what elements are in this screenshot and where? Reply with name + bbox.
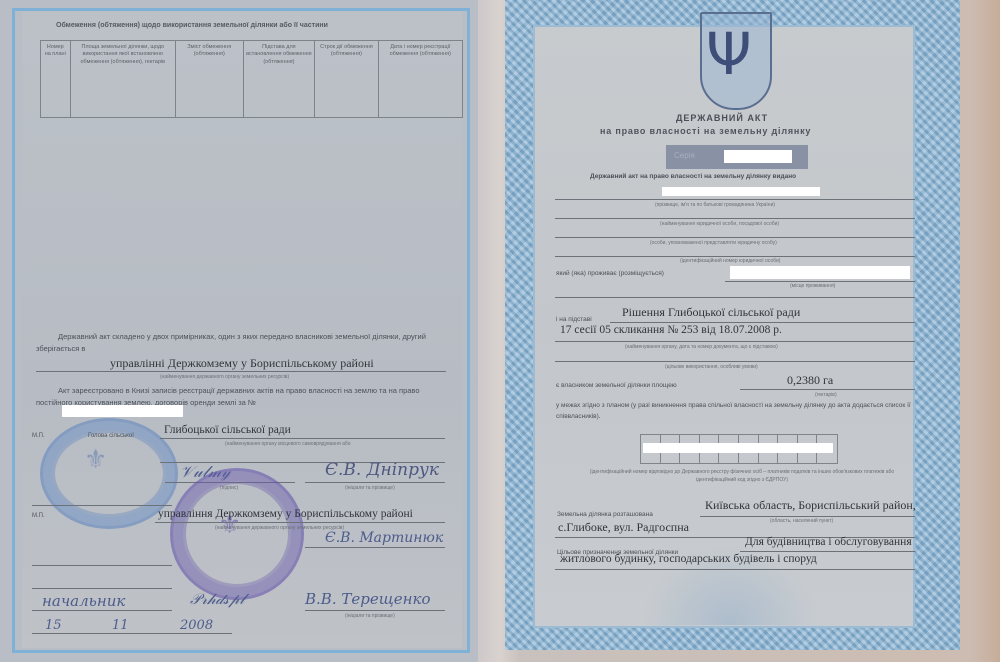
area-caption: (гектарів) [815,392,837,398]
date-line [32,633,232,634]
dept-name: управління Держкомзему у Бориспільському… [158,508,413,520]
owner-line-3 [555,237,915,238]
col-area: Площа земельної ділянки, щодо використан… [70,41,176,118]
registrar-line-1 [32,565,172,566]
registrar-caption: (ініціали та прізвище) [345,613,395,619]
redacted-owner-name [662,187,820,196]
document-subtitle: на право власності на земельну ділянку [600,126,811,136]
series-label: Серія [674,151,695,160]
copies-holder-line [36,371,446,372]
basis-line-2: 17 сесії 05 скликання № 253 від 18.07.20… [560,324,782,336]
copies-holder: управлінні Держкомзему у Бориспільському… [110,356,374,371]
dept-signer: Є.В. Мартинюк [325,530,443,546]
area-value: 0,2380 га [787,373,833,388]
redacted-registration-number [62,405,183,417]
council-caption: (найменування органу місцевого самовряду… [225,441,351,447]
document-title: ДЕРЖАВНИЙ АКТ [676,113,768,123]
location-label: Земельна ділянка розташована [557,511,653,518]
col-basis: Підстава для встановлення обмеження (обт… [243,41,315,118]
caption-owner: (прізвище, ім'я та по батькові громадяни… [655,202,775,208]
council-signer-caption: (ініціали та прізвище) [345,485,395,491]
council-signer: Є.В. Дніпрук [325,460,439,480]
residence-caption: (місце проживання) [790,283,835,289]
registrar-line-2 [32,588,172,589]
registrar-signature: 𝒫𝓇𝒽𝒹𝓈𝓅𝓁 [190,590,244,608]
purpose-underline-1 [740,551,915,552]
location-caption: (область, населений пункт) [770,518,833,524]
col-plan-number: Номер на плані [41,41,71,118]
registrar-position-line [32,610,172,611]
redacted-residence [730,266,910,279]
copies-text: Державний акт складено у двох примірника… [36,331,448,355]
residence-line-2 [555,297,915,298]
redacted-series-number [724,150,792,163]
registrar-name-line [305,610,445,611]
purpose-underline-2 [555,569,915,570]
date-month: 11 [112,618,129,633]
registrar-position: начальник [42,592,125,610]
registrar-name: В.В. Терещенко [305,590,430,608]
residence-line [725,281,915,282]
basis-caption: (найменування органу, дата та номер доку… [625,344,778,350]
basis-underline-2 [555,341,915,342]
council-signer-line [305,482,445,483]
caption-3: (особи, уповноваженої представляти юриди… [650,240,777,246]
trident-stamp-icon: ⚜ [84,445,107,475]
location-line-2: с.Глибоке, вул. Радгоспна [558,520,689,535]
residence-label: який (яка) проживає (розміщується) [556,270,664,277]
purpose-line-1: Для будівництва і обслуговування [745,536,912,548]
dept-line-top [32,505,172,506]
issued-to-label: Державний акт на право власності на земе… [590,173,796,180]
basis-underline-3 [555,361,915,362]
redacted-id-number [643,443,833,453]
location-underline-1 [700,516,915,517]
dept-signer-line [305,547,445,548]
caption-2: (найменування юридичної особи, посадової… [660,221,779,227]
boundaries-text: у межах згідно з планом (у разі виникнен… [556,400,912,422]
owner-line-2 [555,218,915,219]
encumbrance-table: Номер на плані Площа земельної ділянки, … [40,40,463,118]
council-role: Голова сільської [88,433,134,439]
purpose-line-2: житлового будинку, господарських будівел… [560,553,817,565]
caption-4: (ідентифікаційний номер юридичної особи) [680,258,780,264]
basis-caption-2: (цільове використання, особливі умови) [665,364,758,370]
basis-underline-1 [610,322,915,323]
dept-stamp-label: М.П. [32,513,45,519]
col-content: Зміст обмеження (обтяження) [176,41,244,118]
owner-line-4 [555,256,915,257]
council-name: Глибоцької сільської ради [164,424,291,436]
date-day: 15 [45,618,62,633]
id-caption: (ідентифікаційний номер відповідно до Де… [582,468,902,484]
copies-holder-caption: (найменування державного органу земельни… [160,374,289,380]
date-year: 2008 [180,618,213,633]
council-name-line [160,438,445,439]
location-line-1: Київська область, Бориспільський район, [705,498,916,513]
trident-emblem-icon: Ψ [706,14,752,94]
area-line [740,389,915,390]
council-stamp-label: М.П. [32,433,45,439]
dept-name-line [155,522,445,523]
basis-line-1: Рішення Глибоцької сільської ради [622,305,800,320]
col-term: Строк дії обмеження (обтяження) [315,41,378,118]
basis-label: і на підставі [556,316,592,323]
encumbrance-title: Обмеження (обтяження) щодо використання … [56,22,328,29]
area-label: є власником земельної ділянки площею [556,382,677,389]
col-registration: Дата і номер реєстрації обмеження (обтяж… [378,41,462,118]
owner-line [555,199,915,200]
